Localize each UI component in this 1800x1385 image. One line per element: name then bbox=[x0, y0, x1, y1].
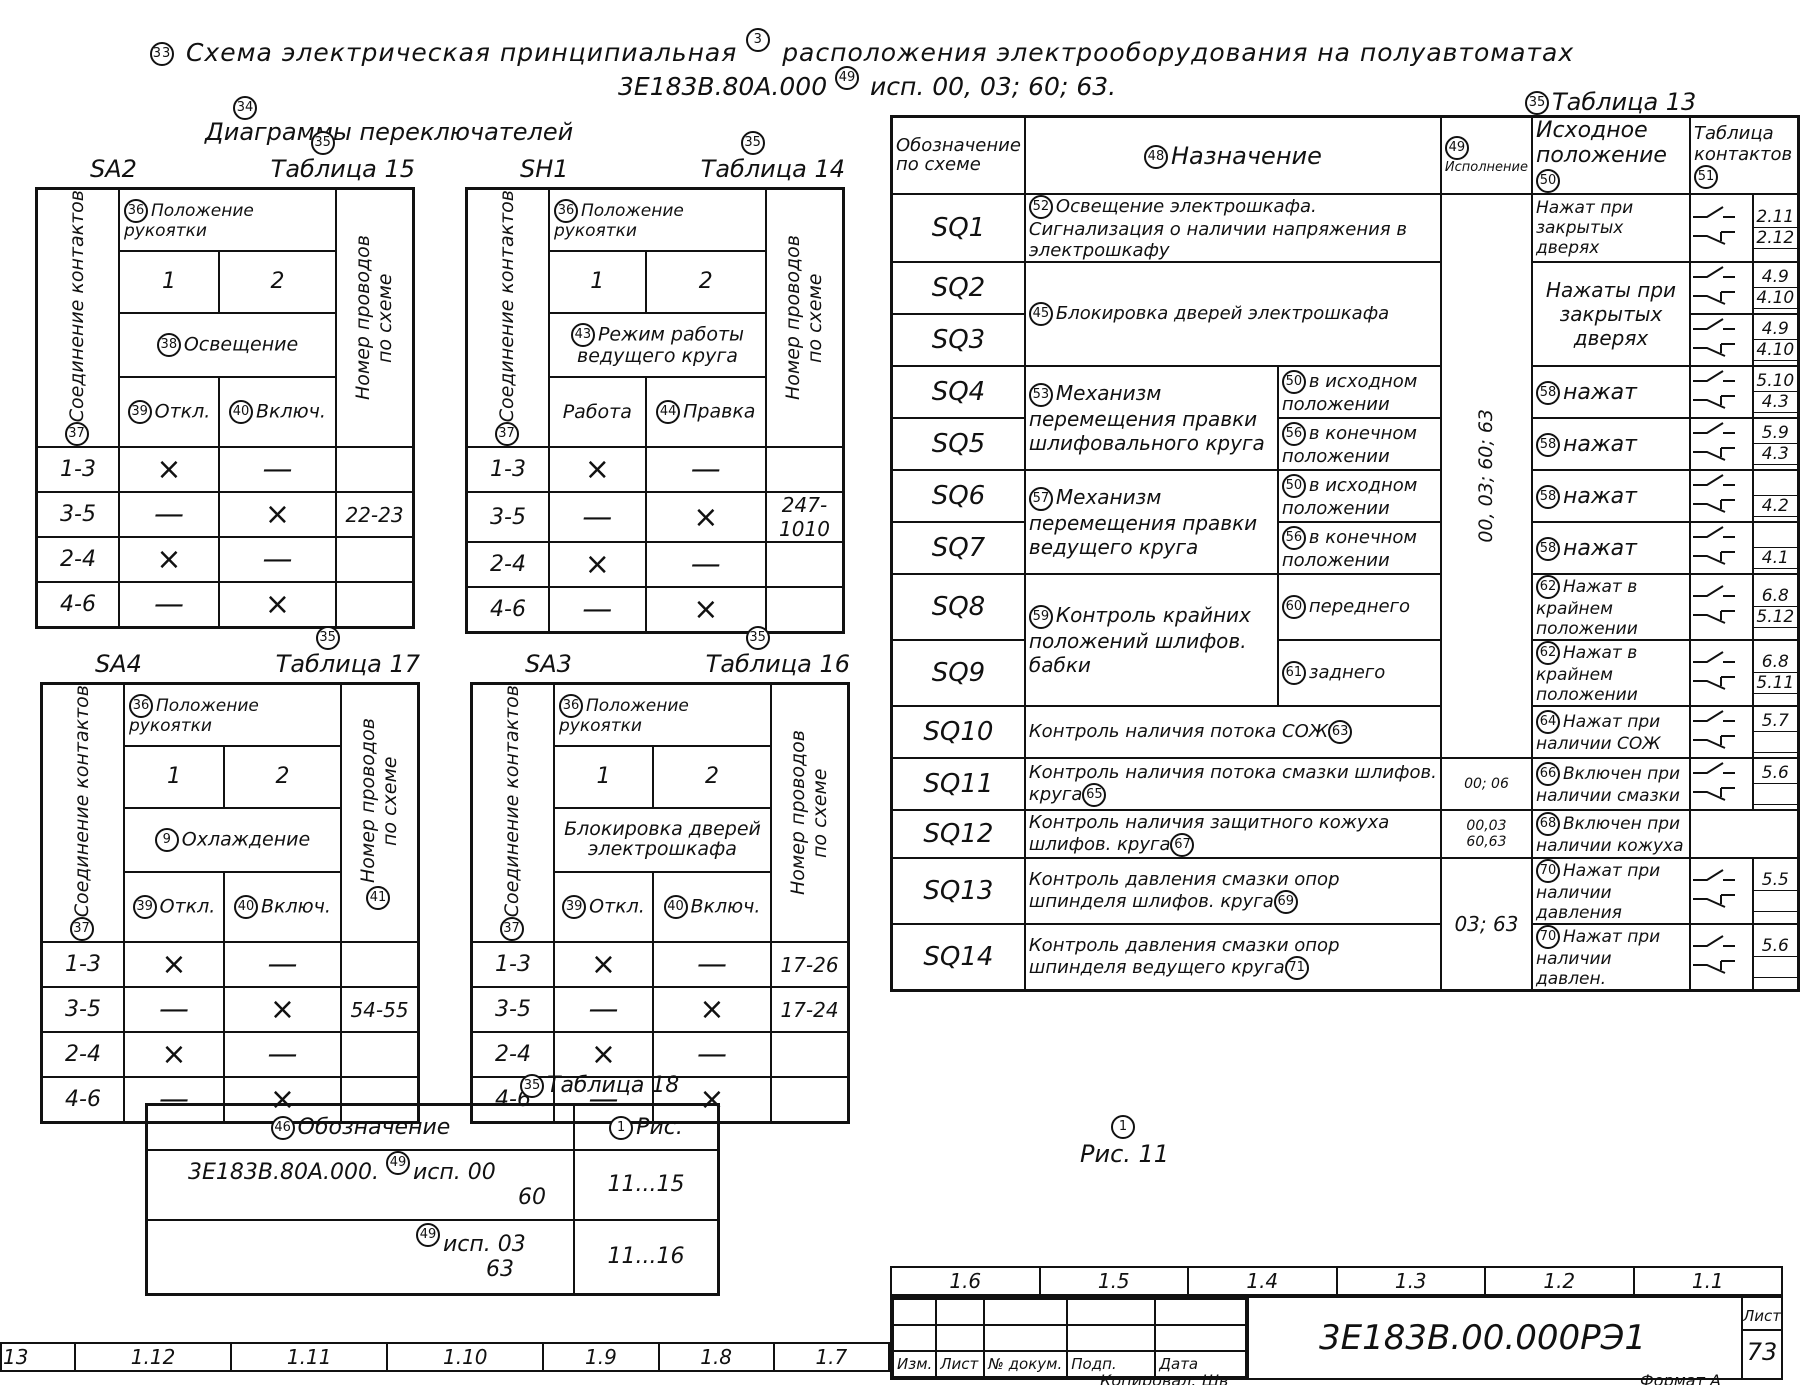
zone-strip-bottom: 131.121.111.101.91.81.7 bbox=[0, 1342, 890, 1372]
callout-badge: 50 bbox=[1282, 370, 1306, 394]
header-position: 36Положение рукоятки bbox=[549, 189, 766, 251]
callout-badge: 36 bbox=[554, 199, 578, 223]
callout-badge: 37 bbox=[500, 917, 524, 941]
nc-contact-icon bbox=[1691, 784, 1737, 804]
table-row: SQ10Контроль наличия потока СОЖ6364Нажат… bbox=[892, 706, 1799, 758]
header-connection: Соединение контактов37 bbox=[472, 684, 555, 943]
initial-position: 58нажат bbox=[1532, 418, 1690, 470]
position-2: 2 bbox=[646, 251, 766, 313]
initial-position: Нажаты при закрытых дверях bbox=[1532, 262, 1690, 366]
callout-badge: 35 bbox=[311, 131, 335, 155]
callout-badge: 1 bbox=[609, 1116, 633, 1140]
callout-badge: 53 bbox=[1029, 383, 1053, 407]
variant-merged: 00, 03; 60; 63 bbox=[1441, 194, 1532, 758]
wire-number: 17-26 bbox=[771, 942, 849, 987]
contact-pair: 1-3 bbox=[467, 447, 550, 492]
state-mark: × bbox=[124, 1032, 224, 1077]
initial-position: 64Нажат при наличии СОЖ bbox=[1532, 706, 1690, 758]
revision-header: № докум. bbox=[984, 1351, 1067, 1377]
state-mark: × bbox=[119, 447, 219, 492]
callout-badge: 36 bbox=[129, 694, 153, 718]
contact-numbers: 4.94.10 bbox=[1753, 314, 1799, 366]
wire-number: 247-1010 bbox=[766, 492, 844, 542]
callout-badge: 63 bbox=[1328, 720, 1352, 744]
table-18-caption: 35Таблица 18 bbox=[520, 1073, 679, 1098]
switch-table-sa3: SA3 35Таблица 16 Соединение контактов37 … bbox=[470, 650, 850, 1124]
callout-badge: 36 bbox=[559, 694, 583, 718]
stamp: Изм.Лист№ докум.Подп.Дата 3Е183В.00.000Р… bbox=[890, 1296, 1783, 1380]
switch-function: 38Освещение bbox=[119, 313, 336, 378]
table-row: SQ245Блокировка дверей электрошкафаНажат… bbox=[892, 262, 1799, 314]
nc-contact-icon bbox=[1691, 228, 1737, 248]
initial-position: 68Включен при наличии кожуха bbox=[1532, 810, 1690, 858]
drawing-subtitle: 3Е183В.80А.000 49 исп. 00, 03; 60; 63. bbox=[618, 72, 1116, 101]
callout-badge: 1 bbox=[1111, 1115, 1135, 1139]
state-1: 39Откл. bbox=[119, 377, 219, 447]
table-18: 46Обозначение 1Рис. 3Е183В.80А.000. 49ис… bbox=[145, 1103, 720, 1296]
contact-pair: 3-5 bbox=[37, 492, 120, 537]
callout-badge: 65 bbox=[1082, 783, 1106, 807]
sensor-designation: SQ12 bbox=[892, 810, 1025, 858]
contact-pair: 3-5 bbox=[472, 987, 555, 1032]
switch-table-sa2: SA2 35Таблица 15 Соединение контактов37 … bbox=[35, 155, 415, 629]
header-wire: Номер проводов по схеме41 bbox=[341, 684, 419, 943]
wire-number bbox=[771, 1077, 849, 1122]
callout-badge: 52 bbox=[1029, 195, 1053, 219]
position-1: 1 bbox=[119, 251, 219, 313]
state-mark: × bbox=[549, 447, 646, 492]
t13-header-initial: Исходное положение50 bbox=[1532, 117, 1690, 195]
contact-symbols bbox=[1690, 758, 1753, 810]
diagrams-caption: 34 Диаграммы переключателей bbox=[205, 118, 573, 146]
callout-badge: 58 bbox=[1536, 433, 1560, 457]
wire-number bbox=[771, 1032, 849, 1077]
initial-position: 58нажат bbox=[1532, 470, 1690, 522]
state-mark: — bbox=[646, 447, 766, 492]
no-contact-icon bbox=[1691, 203, 1737, 223]
contact-numbers: 4.2 bbox=[1753, 470, 1799, 522]
no-contact-icon bbox=[1691, 263, 1737, 283]
state-mark: × bbox=[124, 942, 224, 987]
contact-pair: 2-4 bbox=[42, 1032, 125, 1077]
state-mark: × bbox=[119, 537, 219, 582]
contact-pair: 2-4 bbox=[472, 1032, 555, 1077]
switch-id: SA4 bbox=[95, 650, 142, 682]
contact-numbers: 5.6 bbox=[1753, 924, 1799, 991]
contact-symbols bbox=[1690, 858, 1753, 924]
contact-numbers: 4.94.10 bbox=[1753, 262, 1799, 314]
nc-contact-icon bbox=[1691, 891, 1737, 911]
zone-label: 13 bbox=[1, 1343, 75, 1371]
callout-badge: 66 bbox=[1536, 762, 1560, 786]
no-contact-icon bbox=[1691, 866, 1737, 886]
zone-label: 1.4 bbox=[1188, 1267, 1337, 1295]
purpose-position: 50в исходном положении bbox=[1278, 366, 1441, 418]
header-position: 36Положение рукоятки bbox=[119, 189, 336, 251]
contact-pair: 3-5 bbox=[42, 987, 125, 1032]
purpose-position: 61заднего bbox=[1278, 640, 1441, 706]
purpose: Контроль наличия потока СОЖ63 bbox=[1025, 706, 1441, 758]
callout-badge: 62 bbox=[1536, 575, 1560, 599]
state-mark: × bbox=[224, 987, 341, 1032]
callout-badge: 3 bbox=[746, 28, 770, 52]
header-wire: Номер проводов по схеме bbox=[336, 189, 414, 448]
revision-header: Изм. bbox=[893, 1351, 936, 1377]
switch-function: 43Режим работы ведущего круга bbox=[549, 313, 766, 378]
state-mark: × bbox=[554, 942, 653, 987]
nc-contact-icon bbox=[1691, 673, 1737, 693]
purpose: Контроль наличия потока смазки шлифов. к… bbox=[1025, 758, 1441, 810]
no-contact-icon bbox=[1691, 582, 1737, 602]
callout-badge: 50 bbox=[1282, 474, 1306, 498]
table-row: 2-4 × — bbox=[37, 537, 414, 582]
state-mark: — bbox=[653, 942, 771, 987]
callout-badge: 62 bbox=[1536, 641, 1560, 665]
table-row: 3-5 — × 17-24 bbox=[472, 987, 849, 1032]
contact-symbols bbox=[1690, 706, 1753, 758]
wire-number: 22-23 bbox=[336, 492, 414, 537]
callout-badge: 61 bbox=[1282, 661, 1306, 685]
sensor-designation: SQ10 bbox=[892, 706, 1025, 758]
initial-position: 62Нажат в крайнем положении bbox=[1532, 574, 1690, 640]
contact-numbers: 6.85.12 bbox=[1753, 574, 1799, 640]
wire-number bbox=[336, 537, 414, 582]
contact-symbols bbox=[1690, 574, 1753, 640]
zone-label: 1.9 bbox=[543, 1343, 658, 1371]
state-mark: × bbox=[219, 582, 336, 627]
state-mark: × bbox=[219, 492, 336, 537]
switch-id: SH1 bbox=[520, 155, 569, 187]
contact-numbers: 4.1 bbox=[1753, 522, 1799, 574]
callout-badge: 57 bbox=[1029, 487, 1053, 511]
table-label: 35Таблица 14 bbox=[701, 155, 845, 187]
state-mark: — bbox=[646, 542, 766, 587]
callout-badge: 40 bbox=[234, 895, 258, 919]
wire-number: 17-24 bbox=[771, 987, 849, 1032]
table-row: 1-3 × — bbox=[42, 942, 419, 987]
document-number: 3Е183В.00.000РЭ1 bbox=[1248, 1297, 1742, 1379]
contact-symbols bbox=[1690, 640, 1753, 706]
nc-contact-icon bbox=[1691, 732, 1737, 752]
sensor-designation: SQ1 bbox=[892, 194, 1025, 262]
header-wire: Номер проводов по схеме bbox=[766, 189, 844, 448]
state-mark: — bbox=[549, 587, 646, 632]
contact-pair: 4-6 bbox=[37, 582, 120, 627]
callout-badge: 49 bbox=[1445, 136, 1469, 160]
no-contact-icon bbox=[1691, 523, 1737, 543]
no-contact-icon bbox=[1691, 648, 1737, 668]
no-contact-icon bbox=[1691, 759, 1737, 779]
zone-label: 1.8 bbox=[659, 1343, 774, 1371]
sensor-designation: SQ4 bbox=[892, 366, 1025, 418]
table-label: 35Таблица 17 bbox=[276, 650, 420, 682]
state-mark: × bbox=[646, 587, 766, 632]
callout-badge: 71 bbox=[1285, 956, 1309, 980]
t18-header-designation: 46Обозначение bbox=[147, 1105, 575, 1150]
purpose: Контроль наличия защитного кожуха шлифов… bbox=[1025, 810, 1441, 858]
callout-badge: 70 bbox=[1536, 925, 1560, 949]
position-2: 2 bbox=[653, 746, 771, 808]
table-row: 1-3 × — 17-26 bbox=[472, 942, 849, 987]
purpose: 45Блокировка дверей электрошкафа bbox=[1025, 262, 1441, 366]
callout-badge: 70 bbox=[1536, 859, 1560, 883]
table-row: 3-5 — × 22-23 bbox=[37, 492, 414, 537]
callout-badge: 35 bbox=[741, 131, 765, 155]
no-contact-icon bbox=[1691, 707, 1737, 727]
callout-badge: 9 bbox=[155, 828, 179, 852]
table-row: 49исп. 03 63 11...16 bbox=[147, 1220, 719, 1295]
no-contact-icon bbox=[1691, 932, 1737, 952]
table-row: 4-6 — × bbox=[37, 582, 414, 627]
no-contact-icon bbox=[1691, 315, 1737, 335]
state-2: 40Включ. bbox=[224, 872, 341, 942]
state-mark: — bbox=[224, 942, 341, 987]
nc-contact-icon bbox=[1691, 340, 1737, 360]
purpose: 52Освещение электрошкафа. Сигнализация о… bbox=[1025, 194, 1441, 262]
callout-badge: 41 bbox=[366, 886, 390, 910]
contact-symbols bbox=[1690, 924, 1753, 991]
contact-symbols bbox=[1690, 418, 1753, 470]
state-mark: × bbox=[554, 1032, 653, 1077]
initial-position: 70Нажат при наличии давлен. bbox=[1532, 924, 1690, 991]
callout-badge: 51 bbox=[1694, 165, 1718, 189]
state-mark: — bbox=[119, 582, 219, 627]
callout-badge: 59 bbox=[1029, 605, 1053, 629]
contact-numbers: 5.7 bbox=[1753, 706, 1799, 758]
table-row: 4-6 — × bbox=[467, 587, 844, 632]
nc-contact-icon bbox=[1691, 392, 1737, 412]
sensor-designation: SQ5 bbox=[892, 418, 1025, 470]
initial-position: 58нажат bbox=[1532, 522, 1690, 574]
state-mark: — bbox=[224, 1032, 341, 1077]
state-mark: — bbox=[119, 492, 219, 537]
sensor-designation: SQ2 bbox=[892, 262, 1025, 314]
callout-badge: 49 bbox=[835, 66, 859, 90]
header-connection: Соединение контактов37 bbox=[467, 189, 550, 448]
switch-function: 9Охлаждение bbox=[124, 808, 341, 873]
switch-id: SA2 bbox=[90, 155, 137, 187]
table-row: 3-5 — × 54-55 bbox=[42, 987, 419, 1032]
no-contact-icon bbox=[1691, 367, 1737, 387]
contacts-empty bbox=[1690, 810, 1799, 858]
contact-pair: 1-3 bbox=[37, 447, 120, 492]
footer-format: Формат А bbox=[1640, 1371, 1721, 1385]
switch-table-sh1: SH1 35Таблица 14 Соединение контактов37 … bbox=[465, 155, 845, 634]
table-row: SQ13Контроль давления смазки опор шпинде… bbox=[892, 858, 1799, 924]
callout-badge: 43 bbox=[571, 323, 595, 347]
wire-number bbox=[766, 587, 844, 632]
sheet-number: 73 bbox=[1743, 1331, 1781, 1373]
table-row: SQ12Контроль наличия защитного кожуха шл… bbox=[892, 810, 1799, 858]
table-row: SQ453Механизм перемещения правки шлифова… bbox=[892, 366, 1799, 418]
sensor-designation: SQ11 bbox=[892, 758, 1025, 810]
contact-pair: 1-3 bbox=[42, 942, 125, 987]
sensor-designation: SQ6 bbox=[892, 470, 1025, 522]
callout-badge: 38 bbox=[157, 333, 181, 357]
wire-number bbox=[336, 447, 414, 492]
table-row: 1-3 × — bbox=[37, 447, 414, 492]
callout-badge: 56 bbox=[1282, 526, 1306, 550]
nc-contact-icon bbox=[1691, 607, 1737, 627]
variant: 00,03 60,63 bbox=[1441, 810, 1532, 858]
footer-copied-by: Копировал: Шв bbox=[1100, 1371, 1228, 1385]
contact-numbers: 2.112.12 bbox=[1753, 194, 1799, 262]
nc-contact-icon bbox=[1691, 288, 1737, 308]
callout-badge: 58 bbox=[1536, 381, 1560, 405]
state-1: 39Откл. bbox=[554, 872, 653, 942]
contact-symbols bbox=[1690, 194, 1753, 262]
state-mark: — bbox=[124, 987, 224, 1032]
initial-position: 70Нажат при наличии давления bbox=[1532, 858, 1690, 924]
sensor-designation: SQ3 bbox=[892, 314, 1025, 366]
callout-badge: 64 bbox=[1536, 710, 1560, 734]
callout-badge: 37 bbox=[495, 422, 519, 446]
callout-badge: 58 bbox=[1536, 537, 1560, 561]
initial-position: 58нажат bbox=[1532, 366, 1690, 418]
state-mark: — bbox=[653, 1032, 771, 1077]
callout-badge: 60 bbox=[1282, 595, 1306, 619]
zone-label: 1.11 bbox=[231, 1343, 387, 1371]
contact-symbols bbox=[1690, 366, 1753, 418]
sheet-label: Лист bbox=[1743, 1303, 1781, 1331]
variant: 00; 06 bbox=[1441, 758, 1532, 810]
callout-badge: 35 bbox=[520, 1074, 544, 1098]
nc-contact-icon bbox=[1691, 548, 1737, 568]
callout-badge: 35 bbox=[316, 626, 340, 650]
purpose-position: 60переднего bbox=[1278, 574, 1441, 640]
callout-badge: 35 bbox=[1525, 91, 1549, 115]
callout-badge: 68 bbox=[1536, 812, 1560, 836]
table-13-caption: 35Таблица 13 bbox=[1525, 88, 1696, 116]
table-row: SQ152Освещение электрошкафа. Сигнализаци… bbox=[892, 194, 1799, 262]
initial-position: 66Включен при наличии смазки bbox=[1532, 758, 1690, 810]
callout-badge: 36 bbox=[124, 199, 148, 223]
callout-badge: 39 bbox=[128, 400, 152, 424]
drawing-title: 33 Схема электрическая принципиальная 3 … bbox=[150, 38, 1574, 67]
zone-label: 1.7 bbox=[774, 1343, 889, 1371]
table-row: 1-3 × — bbox=[467, 447, 844, 492]
position-1: 1 bbox=[549, 251, 646, 313]
zone-label: 1.12 bbox=[75, 1343, 231, 1371]
state-2: 44Правка bbox=[646, 377, 766, 447]
contact-symbols bbox=[1690, 522, 1753, 574]
table-row: 3Е183В.80А.000. 49исп. 00 60 11...15 bbox=[147, 1150, 719, 1220]
callout-badge: 40 bbox=[229, 400, 253, 424]
contact-numbers: 6.85.11 bbox=[1753, 640, 1799, 706]
nc-contact-icon bbox=[1691, 496, 1737, 516]
contact-numbers: 5.5 bbox=[1753, 858, 1799, 924]
sensor-designation: SQ14 bbox=[892, 924, 1025, 991]
purpose: Контроль давления смазки опор шпинделя ш… bbox=[1025, 858, 1441, 924]
callout-badge: 69 bbox=[1274, 890, 1298, 914]
contact-numbers: 5.94.3 bbox=[1753, 418, 1799, 470]
callout-badge: 34 bbox=[233, 96, 257, 120]
callout-badge: 56 bbox=[1282, 422, 1306, 446]
wire-number bbox=[766, 447, 844, 492]
table-row: 3-5 — × 247-1010 bbox=[467, 492, 844, 542]
contact-pair: 4-6 bbox=[467, 587, 550, 632]
state-2: 40Включ. bbox=[653, 872, 771, 942]
callout-badge: 44 bbox=[656, 400, 680, 424]
header-wire: Номер проводов по схеме bbox=[771, 684, 849, 943]
contact-pair: 1-3 bbox=[472, 942, 555, 987]
state-mark: — bbox=[549, 492, 646, 542]
wire-number: 54-55 bbox=[341, 987, 419, 1032]
sensor-designation: SQ7 bbox=[892, 522, 1025, 574]
wire-number bbox=[341, 1032, 419, 1077]
position-1: 1 bbox=[124, 746, 224, 808]
callout-badge: 50 bbox=[1536, 169, 1560, 193]
t13-header-variant: 49Исполнение bbox=[1441, 117, 1532, 195]
header-position: 36Положение рукоятки bbox=[554, 684, 771, 746]
no-contact-icon bbox=[1691, 471, 1737, 491]
callout-badge: 37 bbox=[65, 422, 89, 446]
zone-label: 1.10 bbox=[387, 1343, 543, 1371]
callout-badge: 67 bbox=[1170, 833, 1194, 857]
state-mark: — bbox=[219, 537, 336, 582]
table-row: 2-4 × — bbox=[467, 542, 844, 587]
t13-header-designation: Обозначение по схеме bbox=[892, 117, 1025, 195]
callout-badge: 37 bbox=[70, 917, 94, 941]
zone-label: 1.5 bbox=[1040, 1267, 1189, 1295]
contact-symbols bbox=[1690, 262, 1753, 314]
t13-header-purpose: 48Назначение bbox=[1025, 117, 1441, 195]
callout-badge: 39 bbox=[133, 895, 157, 919]
table-row: SQ14Контроль давления смазки опор шпинде… bbox=[892, 924, 1799, 991]
contact-pair: 4-6 bbox=[42, 1077, 125, 1122]
sensor-designation: SQ8 bbox=[892, 574, 1025, 640]
table-row: SQ657Механизм перемещения правки ведущег… bbox=[892, 470, 1799, 522]
sensor-designation: SQ13 bbox=[892, 858, 1025, 924]
header-connection: Соединение контактов37 bbox=[37, 189, 120, 448]
callout-badge: 49 bbox=[386, 1151, 410, 1175]
callout-badge: 39 bbox=[562, 895, 586, 919]
zone-label: 1.6 bbox=[891, 1267, 1040, 1295]
callout-badge: 45 bbox=[1029, 302, 1053, 326]
contact-pair: 2-4 bbox=[37, 537, 120, 582]
nc-contact-icon bbox=[1691, 957, 1737, 977]
table-label: 35Таблица 15 bbox=[271, 155, 415, 187]
revision-header: Лист bbox=[936, 1351, 984, 1377]
header-position: 36Положение рукоятки bbox=[124, 684, 341, 746]
wire-number bbox=[341, 942, 419, 987]
callout-badge: 48 bbox=[1144, 145, 1168, 169]
purpose-position: 50в исходном положении bbox=[1278, 470, 1441, 522]
table-row: SQ859Контроль крайних положений шлифов. … bbox=[892, 574, 1799, 640]
header-connection: Соединение контактов37 bbox=[42, 684, 125, 943]
state-mark: × bbox=[646, 492, 766, 542]
state-mark: — bbox=[554, 987, 653, 1032]
switch-function: Блокировка дверей электрошкафа bbox=[554, 808, 771, 873]
zone-label: 1.1 bbox=[1634, 1267, 1783, 1295]
contact-symbols bbox=[1690, 470, 1753, 522]
purpose-position: 56в конечном положении bbox=[1278, 418, 1441, 470]
title-block: 1.61.51.41.31.21.1 Изм.Лист№ докум.Подп.… bbox=[890, 1266, 1783, 1380]
t13-header-contacts: Таблица контактов51 bbox=[1690, 117, 1799, 195]
purpose: 53Механизм перемещения правки шлифовальн… bbox=[1025, 366, 1278, 470]
state-1: Работа bbox=[549, 377, 646, 447]
purpose: 57Механизм перемещения правки ведущего к… bbox=[1025, 470, 1278, 574]
table-row: 2-4 × — bbox=[472, 1032, 849, 1077]
state-mark: × bbox=[549, 542, 646, 587]
t18-header-fig: 1Рис. bbox=[574, 1105, 719, 1150]
switch-id: SA3 bbox=[525, 650, 572, 682]
zone-label: 1.2 bbox=[1485, 1267, 1634, 1295]
sensor-designation: SQ9 bbox=[892, 640, 1025, 706]
zone-label: 1.3 bbox=[1337, 1267, 1486, 1295]
contact-pair: 2-4 bbox=[467, 542, 550, 587]
contact-symbols bbox=[1690, 314, 1753, 366]
